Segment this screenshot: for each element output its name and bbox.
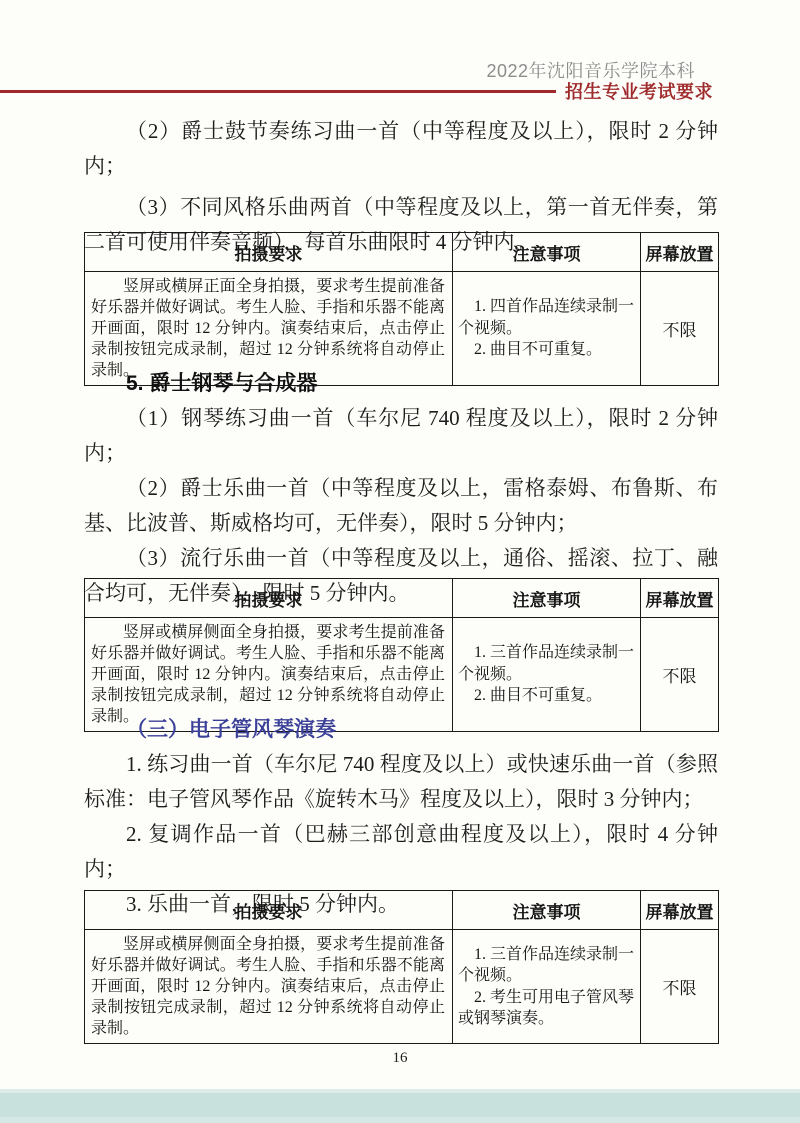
paragraph: （1）钢琴练习曲一首（车尔尼 740 程度及以上），限时 2 分钟内； (84, 401, 718, 471)
header-rule (0, 90, 556, 93)
page-number: 16 (0, 1050, 800, 1067)
table-row: 竖屏或横屏侧面全身拍摄，要求考生提前准备好乐器并做好调试。考生人脸、手指和乐器不… (85, 930, 719, 1044)
document-page: 2022年沈阳音乐学院本科 招生专业考试要求 （2）爵士鼓节奏练习曲一首（中等程… (0, 0, 800, 1123)
requirements-table-jazz-piano: 拍摄要求 注意事项 屏幕放置 竖屏或横屏侧面全身拍摄，要求考生提前准备好乐器并做… (84, 578, 719, 732)
footer-band (0, 1089, 800, 1123)
table-header-screen: 屏幕放置 (641, 233, 719, 272)
table-header-shooting: 拍摄要求 (85, 233, 453, 272)
note-item: 2. 曲目不可重复。 (458, 685, 636, 707)
table-header-notes: 注意事项 (453, 891, 641, 930)
paragraph: 2. 复调作品一首（巴赫三部创意曲程度及以上），限时 4 分钟内； (84, 817, 718, 887)
table-header-screen: 屏幕放置 (641, 579, 719, 618)
requirements-table-electronic-organ: 拍摄要求 注意事项 屏幕放置 竖屏或横屏侧面全身拍摄，要求考生提前准备好乐器并做… (84, 890, 719, 1044)
shooting-cell: 竖屏或横屏侧面全身拍摄，要求考生提前准备好乐器并做好调试。考生人脸、手指和乐器不… (85, 930, 453, 1044)
requirements-table-jazz-drums: 拍摄要求 注意事项 屏幕放置 竖屏或横屏正面全身拍摄，要求考生提前准备好乐器并做… (84, 232, 719, 386)
table-header-shooting: 拍摄要求 (85, 579, 453, 618)
screen-cell: 不限 (641, 930, 719, 1044)
table-header-notes: 注意事项 (453, 233, 641, 272)
section-jazz-piano: 5. 爵士钢琴与合成器 （1）钢琴练习曲一首（车尔尼 740 程度及以上），限时… (84, 366, 718, 611)
table-header-notes: 注意事项 (453, 579, 641, 618)
note-item: 1. 三首作品连续录制一个视频。 (458, 944, 636, 987)
table-header-row: 拍摄要求 注意事项 屏幕放置 (85, 233, 719, 272)
table-header-shooting: 拍摄要求 (85, 891, 453, 930)
table-header-row: 拍摄要求 注意事项 屏幕放置 (85, 579, 719, 618)
section-heading-jazz-piano: 5. 爵士钢琴与合成器 (84, 366, 718, 401)
note-item: 1. 三首作品连续录制一个视频。 (458, 642, 636, 685)
page-header: 招生专业考试要求 (0, 79, 713, 103)
notes-cell: 1. 三首作品连续录制一个视频。 2. 考生可用电子管风琴或钢琴演奏。 (453, 930, 641, 1044)
note-item: 1. 四首作品连续录制一个视频。 (458, 296, 636, 339)
note-item: 2. 考生可用电子管风琴或钢琴演奏。 (458, 987, 636, 1030)
paragraph: （2）爵士乐曲一首（中等程度及以上，雷格泰姆、布鲁斯、布基、比波普、斯威格均可，… (84, 471, 718, 541)
section-heading-electronic-organ: （三）电子管风琴演奏 (84, 712, 718, 747)
paragraph: （2）爵士鼓节奏练习曲一首（中等程度及以上），限时 2 分钟内； (84, 114, 718, 184)
table-header-screen: 屏幕放置 (641, 891, 719, 930)
note-item: 2. 曲目不可重复。 (458, 339, 636, 361)
paragraph: 1. 练习曲一首（车尔尼 740 程度及以上）或快速乐曲一首（参照标准：电子管风… (84, 747, 718, 817)
header-title: 招生专业考试要求 (565, 78, 713, 104)
table-header-row: 拍摄要求 注意事项 屏幕放置 (85, 891, 719, 930)
